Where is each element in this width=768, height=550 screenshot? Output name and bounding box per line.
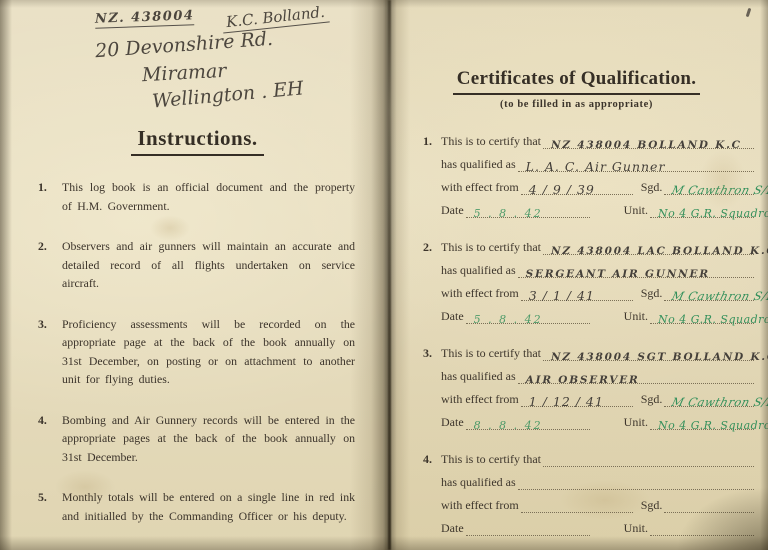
instruction-item-1: 1. This log book is an official document… <box>38 178 355 215</box>
effect-label: with effect from <box>441 180 521 195</box>
qualified-label: has qualified as <box>441 475 518 490</box>
signature-handwriting: M Cawthron S/L <box>671 183 768 197</box>
certificates-header: Certificates of Qualification. (to be fi… <box>385 68 768 110</box>
certificates-list: 1. This is to certify that NZ 438004 BOL… <box>423 126 754 550</box>
unit-handwriting: No 4 G.R. Squadron <box>658 207 768 220</box>
name-handwriting: NZ 438004 SGT BOLLAND K.C. <box>551 351 768 363</box>
effect-date-handwriting: 4 / 9 / 39 <box>529 182 595 197</box>
sgd-label: Sgd. <box>641 498 665 513</box>
logbook-spread: NZ. 438004 K.C. Bolland. 20 Devonshire R… <box>0 0 768 550</box>
sgd-label: Sgd. <box>641 286 665 301</box>
item-number: 4. <box>38 411 62 467</box>
name-field: NZ 438004 LAC BOLLAND K.C. <box>543 239 754 255</box>
item-number: 1. <box>38 178 62 215</box>
date-field: 8 . 8 . 42 <box>466 414 590 430</box>
item-text: Observers and air gunners will maintain … <box>62 237 355 293</box>
date-unit-line: Date 5 . 8 . 42 Unit. No 4 G.R. Squadron <box>423 195 754 218</box>
certify-line: 1. This is to certify that NZ 438004 BOL… <box>423 126 754 149</box>
certificate-block-3: 3. This is to certify that NZ 438004 SGT… <box>423 338 754 430</box>
qualification-field <box>518 474 754 490</box>
instruction-item-4: 4. Bombing and Air Gunnery records will … <box>38 411 355 467</box>
instructions-title: Instructions. <box>131 126 263 156</box>
sgd-label: Sgd. <box>641 180 665 195</box>
qualification-field: AIR OBSERVER <box>518 368 754 384</box>
certify-label: This is to certify that <box>441 134 543 149</box>
certificate-number: 4. <box>423 452 441 467</box>
effect-date-field <box>521 497 633 513</box>
effect-line: with effect from 3 / 1 / 41 Sgd. M Cawth… <box>423 278 754 301</box>
signature-handwriting: M Cawthron S/L <box>671 289 768 303</box>
owner-name-handwriting: K.C. Bolland. <box>221 2 330 33</box>
effect-label: with effect from <box>441 498 521 513</box>
qualification-handwriting: L. A. C. Air Gunner <box>526 159 666 174</box>
unit-field: No 4 G.R. Squadron <box>650 414 754 430</box>
effect-date-field: 3 / 1 / 41 <box>521 285 633 301</box>
certificate-number: 3. <box>423 346 441 361</box>
signature-field: M Cawthron S/L <box>664 285 754 301</box>
certificates-title: Certificates of Qualification. <box>453 68 701 95</box>
date-field: 5 . 8 . 42 <box>466 308 590 324</box>
qualified-label: has qualified as <box>441 263 518 278</box>
unit-field <box>650 520 754 536</box>
certify-line: 2. This is to certify that NZ 438004 LAC… <box>423 232 754 255</box>
certificate-block-2: 2. This is to certify that NZ 438004 LAC… <box>423 232 754 324</box>
address-line-1: 20 Devonshire Rd. <box>94 28 273 62</box>
qualified-line: has qualified as <box>423 467 754 490</box>
qualified-line: has qualified as L. A. C. Air Gunner <box>423 149 754 172</box>
effect-date-handwriting: 1 / 12 / 41 <box>529 394 604 409</box>
effect-line: with effect from Sgd. <box>423 490 754 513</box>
certify-line: 4. This is to certify that <box>423 444 754 467</box>
signature-handwriting: M Cawthron S/L <box>671 395 768 409</box>
unit-label: Unit. <box>624 521 650 536</box>
date-unit-line: Date Unit. <box>423 513 754 536</box>
qualification-handwriting: AIR OBSERVER <box>526 374 640 386</box>
unit-label: Unit. <box>624 309 650 324</box>
item-text: This log book is an official document an… <box>62 178 355 215</box>
item-text: Proficiency assessments will be recorded… <box>62 315 355 389</box>
certificate-number: 2. <box>423 240 441 255</box>
effect-date-field: 1 / 12 / 41 <box>521 391 633 407</box>
qualification-handwriting: SERGEANT AIR GUNNER <box>526 268 710 280</box>
date-field <box>466 520 590 536</box>
name-handwriting: NZ 438004 LAC BOLLAND K.C. <box>551 245 768 257</box>
instructions-list: 1. This log book is an official document… <box>38 178 355 547</box>
name-field <box>543 451 754 467</box>
service-number-handwriting: NZ. 438004 <box>95 8 195 28</box>
date-unit-line: Date 5 . 8 . 42 Unit. No 4 G.R. Squadron… <box>423 301 754 324</box>
sgd-label: Sgd. <box>641 392 665 407</box>
date-label: Date <box>441 203 466 218</box>
certify-line: 3. This is to certify that NZ 438004 SGT… <box>423 338 754 361</box>
effect-label: with effect from <box>441 392 521 407</box>
unit-handwriting: No 4 G.R. Squadron . <box>658 313 768 326</box>
qualified-line: has qualified as AIR OBSERVER <box>423 361 754 384</box>
qualified-label: has qualified as <box>441 157 518 172</box>
unit-label: Unit. <box>624 415 650 430</box>
qualified-label: has qualified as <box>441 369 518 384</box>
unit-field: No 4 G.R. Squadron <box>650 202 754 218</box>
page-right: Certificates of Qualification. (to be fi… <box>385 0 768 550</box>
date-handwriting: 8 . 8 . 42 <box>474 419 543 432</box>
certificate-number: 1. <box>423 134 441 149</box>
name-field: NZ 438004 BOLLAND K.C <box>543 133 754 149</box>
certify-label: This is to certify that <box>441 452 543 467</box>
date-label: Date <box>441 309 466 324</box>
unit-field: No 4 G.R. Squadron . <box>650 308 754 324</box>
signature-field: M Cawthron S/L <box>664 179 754 195</box>
qualified-line: has qualified as SERGEANT AIR GUNNER <box>423 255 754 278</box>
date-handwriting: 5 . 8 . 42 <box>474 207 543 220</box>
date-handwriting: 5 . 8 . 42 <box>474 313 543 326</box>
effect-label: with effect from <box>441 286 521 301</box>
effect-date-handwriting: 3 / 1 / 41 <box>529 288 595 303</box>
certify-label: This is to certify that <box>441 240 543 255</box>
date-label: Date <box>441 521 466 536</box>
certify-label: This is to certify that <box>441 346 543 361</box>
qualification-field: SERGEANT AIR GUNNER <box>518 262 754 278</box>
signature-field: M Cawthron S/L <box>664 391 754 407</box>
name-field: NZ 438004 SGT BOLLAND K.C. <box>543 345 754 361</box>
page-left: NZ. 438004 K.C. Bolland. 20 Devonshire R… <box>0 0 385 550</box>
item-text: Monthly totals will be entered on a sing… <box>62 488 355 525</box>
certificate-block-4: 4. This is to certify that has qualified… <box>423 444 754 536</box>
date-field: 5 . 8 . 42 <box>466 202 590 218</box>
unit-label: Unit. <box>624 203 650 218</box>
address-line-2: Miramar <box>141 60 226 86</box>
signature-field <box>664 497 754 513</box>
date-label: Date <box>441 415 466 430</box>
item-number: 5. <box>38 488 62 525</box>
effect-line: with effect from 4 / 9 / 39 Sgd. M Cawth… <box>423 172 754 195</box>
instruction-item-5: 5. Monthly totals will be entered on a s… <box>38 488 355 525</box>
name-handwriting: NZ 438004 BOLLAND K.C <box>551 139 742 151</box>
item-number: 2. <box>38 237 62 293</box>
unit-handwriting: No 4 G.R. Squadron <box>658 419 768 432</box>
certificates-subtitle: (to be filled in as appropriate) <box>385 99 768 110</box>
certificate-block-1: 1. This is to certify that NZ 438004 BOL… <box>423 126 754 218</box>
instruction-item-3: 3. Proficiency assessments will be recor… <box>38 315 355 389</box>
item-text: Bombing and Air Gunnery records will be … <box>62 411 355 467</box>
instruction-item-2: 2. Observers and air gunners will mainta… <box>38 237 355 293</box>
item-number: 3. <box>38 315 62 389</box>
date-unit-line: Date 8 . 8 . 42 Unit. No 4 G.R. Squadron <box>423 407 754 430</box>
instructions-header: Instructions. <box>40 126 355 156</box>
effect-line: with effect from 1 / 12 / 41 Sgd. M Cawt… <box>423 384 754 407</box>
qualification-field: L. A. C. Air Gunner <box>518 156 754 172</box>
effect-date-field: 4 / 9 / 39 <box>521 179 633 195</box>
